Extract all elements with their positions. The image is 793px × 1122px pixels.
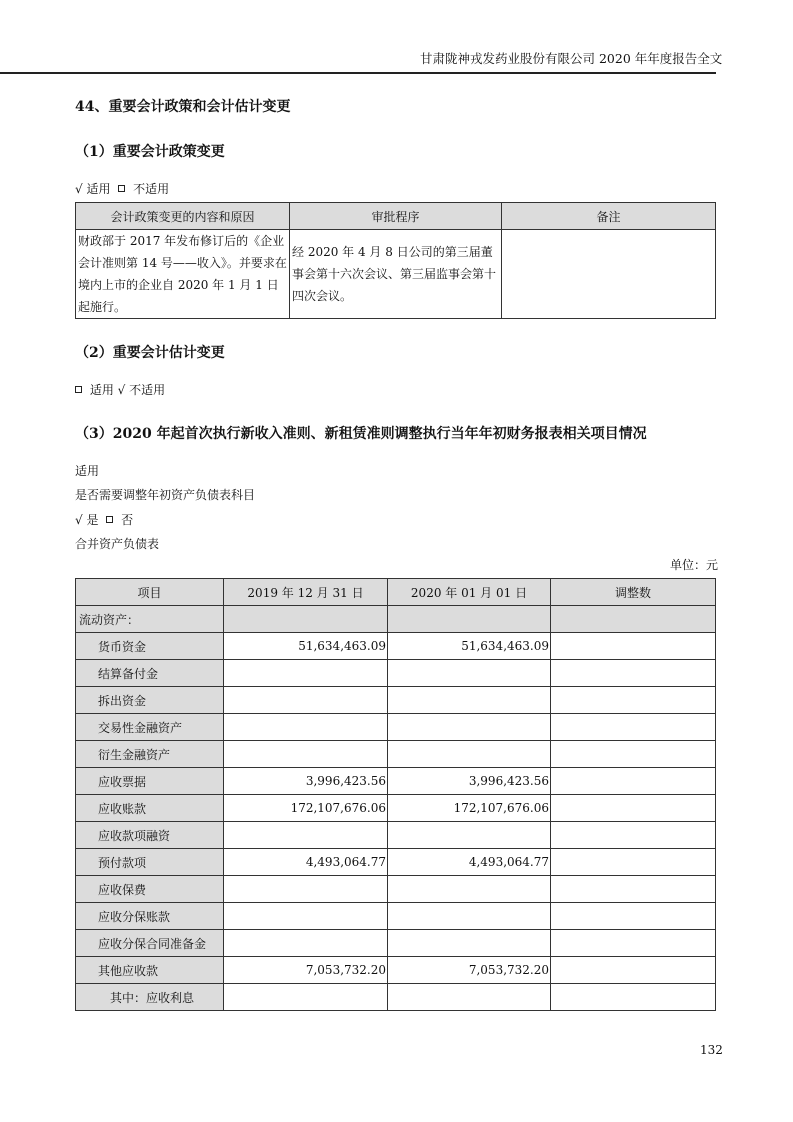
table-row: 流动资产：: [76, 606, 716, 633]
row-item-label: 其他应收款: [76, 957, 224, 984]
policy-change-title: （1）重要会计政策变更: [75, 141, 225, 161]
value-2020-cell: 51,634,463.09: [388, 633, 551, 660]
value-2020-cell: [388, 930, 551, 957]
column-header: 会计政策变更的内容和原因: [76, 203, 290, 230]
value-2019-cell: [224, 714, 388, 741]
column-header: 审批程序: [290, 203, 502, 230]
section-44-title: 44、重要会计政策和会计估计变更: [75, 96, 290, 116]
value-2020-cell: [388, 984, 551, 1011]
adjustment-cell: [551, 957, 716, 984]
row-item-label: 流动资产：: [76, 606, 224, 633]
row-item-label: 交易性金融资产: [76, 714, 224, 741]
value-2020-cell: 7,053,732.20: [388, 957, 551, 984]
adjustment-cell: [551, 768, 716, 795]
column-header-adjustment: 调整数: [551, 579, 716, 606]
no-label: 否: [121, 513, 133, 527]
table-row: 应收票据3,996,423.563,996,423.56: [76, 768, 716, 795]
row-item-label: 预付款项: [76, 849, 224, 876]
column-header-2020: 2020 年 01 月 01 日: [388, 579, 551, 606]
policy-change-table: 会计政策变更的内容和原因 审批程序 备注 财政部于 2017 年发布修订后的《企…: [75, 202, 716, 319]
value-2020-cell: [388, 741, 551, 768]
table-row: 结算备付金: [76, 660, 716, 687]
not-applicable-label: 不适用: [129, 383, 165, 397]
value-2019-cell: [224, 903, 388, 930]
table-row: 应收款项融资: [76, 822, 716, 849]
table-row: 应收保费: [76, 876, 716, 903]
row-item-label: 其中：应收利息: [76, 984, 224, 1011]
table-row: 拆出资金: [76, 687, 716, 714]
yes-label: 是: [86, 513, 98, 527]
adjustment-cell: [551, 606, 716, 633]
row-item-label: 结算备付金: [76, 660, 224, 687]
check-mark-icon: √: [75, 513, 83, 527]
row-item-label: 衍生金融资产: [76, 741, 224, 768]
adjustment-question: 是否需要调整年初资产负债表科目: [75, 486, 255, 503]
value-2019-cell: [224, 876, 388, 903]
value-2019-cell: [224, 822, 388, 849]
table-row: 财政部于 2017 年发布修订后的《企业会计准则第 14 号——收入》。并要求在…: [76, 230, 716, 319]
policy-content-cell: 财政部于 2017 年发布修订后的《企业会计准则第 14 号——收入》。并要求在…: [76, 230, 290, 319]
value-2019-cell: [224, 741, 388, 768]
value-2020-cell: 3,996,423.56: [388, 768, 551, 795]
value-2020-cell: 172,107,676.06: [388, 795, 551, 822]
header-divider: [0, 72, 716, 74]
value-2019-cell: 7,053,732.20: [224, 957, 388, 984]
table-header-row: 会计政策变更的内容和原因 审批程序 备注: [76, 203, 716, 230]
row-item-label: 应收票据: [76, 768, 224, 795]
adjustment-cell: [551, 930, 716, 957]
column-header: 备注: [502, 203, 716, 230]
adjustment-cell: [551, 687, 716, 714]
value-2020-cell: [388, 714, 551, 741]
estimate-change-title: （2）重要会计估计变更: [75, 342, 225, 362]
value-2020-cell: [388, 660, 551, 687]
page-number: 132: [700, 1043, 723, 1057]
adjustment-cell: [551, 660, 716, 687]
adjustment-cell: [551, 876, 716, 903]
adjustment-cell: [551, 822, 716, 849]
table-row: 衍生金融资产: [76, 741, 716, 768]
remark-cell: [502, 230, 716, 319]
adjustment-answer: √ 是 否: [75, 511, 133, 528]
value-2019-cell: 172,107,676.06: [224, 795, 388, 822]
table-row: 应收分保账款: [76, 903, 716, 930]
applicable-label: 适用: [86, 182, 110, 196]
table-row: 货币资金51,634,463.0951,634,463.09: [76, 633, 716, 660]
row-item-label: 应收保费: [76, 876, 224, 903]
adjustment-cell: [551, 633, 716, 660]
adjustment-cell: [551, 741, 716, 768]
approval-cell: 经 2020 年 4 月 8 日公司的第三届董事会第十六次会议、第三届监事会第十…: [290, 230, 502, 319]
value-2019-cell: [224, 606, 388, 633]
value-2020-cell: [388, 606, 551, 633]
value-2019-cell: 4,493,064.77: [224, 849, 388, 876]
table-row: 其他应收款7,053,732.207,053,732.20: [76, 957, 716, 984]
row-item-label: 应收账款: [76, 795, 224, 822]
not-applicable-label: 不适用: [133, 182, 169, 196]
policy-change-applicability: √ 适用 不适用: [75, 180, 169, 197]
row-item-label: 应收分保账款: [76, 903, 224, 930]
balance-sheet-title: 合并资产负债表: [75, 535, 159, 552]
check-mark-icon: √: [118, 383, 126, 397]
value-2019-cell: 3,996,423.56: [224, 768, 388, 795]
checkbox-empty-icon: [118, 185, 125, 192]
value-2019-cell: [224, 660, 388, 687]
column-header-2019: 2019 年 12 月 31 日: [224, 579, 388, 606]
table-row: 其中：应收利息: [76, 984, 716, 1011]
value-2020-cell: 4,493,064.77: [388, 849, 551, 876]
table-row: 应收分保合同准备金: [76, 930, 716, 957]
value-2020-cell: [388, 687, 551, 714]
adjustment-cell: [551, 849, 716, 876]
value-2019-cell: [224, 984, 388, 1011]
row-item-label: 应收款项融资: [76, 822, 224, 849]
table-row: 应收账款172,107,676.06172,107,676.06: [76, 795, 716, 822]
row-item-label: 应收分保合同准备金: [76, 930, 224, 957]
table-row: 预付款项4,493,064.774,493,064.77: [76, 849, 716, 876]
new-standards-title: （3）2020 年起首次执行新收入准则、新租赁准则调整执行当年年初财务报表相关项…: [75, 423, 647, 443]
table-header-row: 项目 2019 年 12 月 31 日 2020 年 01 月 01 日 调整数: [76, 579, 716, 606]
estimate-change-applicability: 适用 √ 不适用: [75, 381, 165, 398]
row-item-label: 货币资金: [76, 633, 224, 660]
checkbox-empty-icon: [75, 386, 82, 393]
adjustment-cell: [551, 984, 716, 1011]
applicable-text: 适用: [75, 462, 99, 479]
value-2020-cell: [388, 903, 551, 930]
value-2020-cell: [388, 876, 551, 903]
check-mark-icon: √: [75, 182, 83, 196]
table-row: 交易性金融资产: [76, 714, 716, 741]
adjustment-cell: [551, 903, 716, 930]
value-2019-cell: [224, 687, 388, 714]
applicable-label: 适用: [90, 383, 114, 397]
unit-label: 单位：元: [670, 556, 718, 573]
checkbox-empty-icon: [106, 516, 113, 523]
balance-sheet-table: 项目 2019 年 12 月 31 日 2020 年 01 月 01 日 调整数…: [75, 578, 716, 1011]
value-2020-cell: [388, 822, 551, 849]
column-header-item: 项目: [76, 579, 224, 606]
adjustment-cell: [551, 714, 716, 741]
report-header-title: 甘肃陇神戎发药业股份有限公司 2020 年年度报告全文: [420, 49, 716, 67]
value-2019-cell: 51,634,463.09: [224, 633, 388, 660]
value-2019-cell: [224, 930, 388, 957]
row-item-label: 拆出资金: [76, 687, 224, 714]
adjustment-cell: [551, 795, 716, 822]
